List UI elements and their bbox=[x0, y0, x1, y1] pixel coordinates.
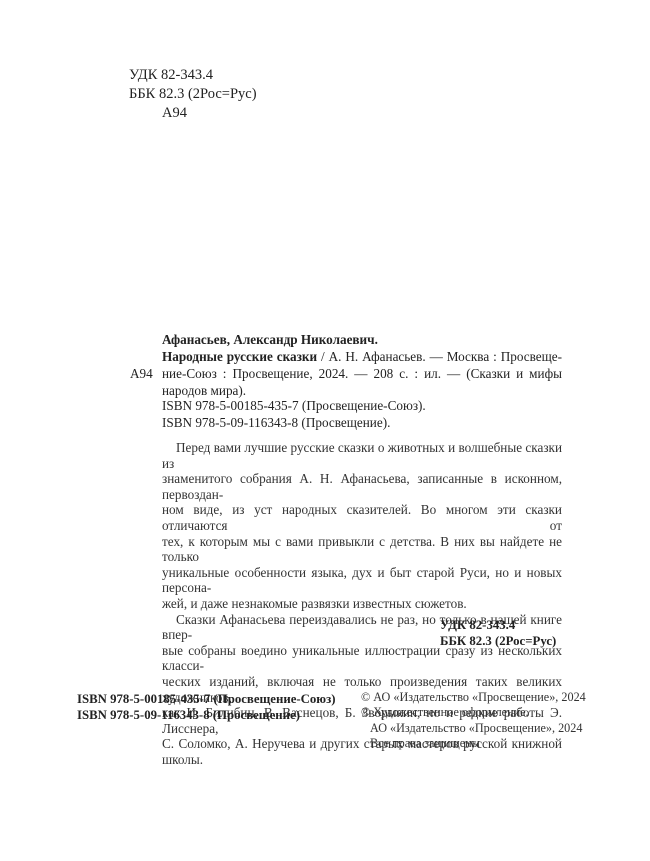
catalog-isbn-list: ISBN 978-5-00185-435-7 (Просвещение-Союз… bbox=[162, 397, 426, 431]
annotation-line: Перед вами лучшие русские сказки о живот… bbox=[162, 440, 562, 471]
copyright-block: © АО «Издательство «Просвещение», 2024 ©… bbox=[361, 690, 586, 751]
annotation-line: жей, и даже незнакомые развязки известны… bbox=[162, 596, 562, 612]
copyright-line-4: Все права защищены bbox=[361, 736, 586, 751]
annotation-paragraph-1: Перед вами лучшие русские сказки о живот… bbox=[162, 440, 562, 612]
bottom-isbn-block: ISBN 978-5-00185-435-7 (Просвещение-Союз… bbox=[77, 691, 336, 723]
catalog-desc-1: / А. Н. Афанасьев. — Москва : Просвеще- bbox=[317, 349, 562, 364]
catalog-author: Афанасьев, Александр Николаевич. bbox=[162, 331, 562, 348]
copyright-line-3: АО «Издательство «Просвещение», 2024 bbox=[361, 721, 586, 736]
catalog-card: Афанасьев, Александр Николаевич. Народны… bbox=[162, 331, 562, 399]
copyright-line-2: © Художественное оформление. bbox=[361, 705, 586, 720]
annotation-line: знаменитого собрания А. Н. Афанасьева, з… bbox=[162, 471, 562, 502]
top-classification-block: УДК 82-343.4 ББК 82.3 (2Рос=Рус) А94 bbox=[129, 66, 257, 123]
right-udk-code: УДК 82-343.4 bbox=[440, 618, 556, 634]
catalog-author-sign: А94 bbox=[130, 365, 153, 382]
author-sign: А94 bbox=[129, 104, 257, 123]
right-classification-block: УДК 82-343.4 ББК 82.3 (2Рос=Рус) bbox=[440, 618, 556, 649]
catalog-desc-2: ние-Союз : Просвещение, 2024. — 208 с. :… bbox=[162, 365, 562, 382]
catalog-isbn-1: ISBN 978-5-00185-435-7 (Просвещение-Союз… bbox=[162, 397, 426, 414]
udk-code: УДК 82-343.4 bbox=[129, 66, 257, 85]
right-bbk-code: ББК 82.3 (2Рос=Рус) bbox=[440, 634, 556, 650]
bottom-isbn-1: ISBN 978-5-00185-435-7 (Просвещение-Союз… bbox=[77, 691, 336, 707]
copyright-line-1: © АО «Издательство «Просвещение», 2024 bbox=[361, 690, 586, 705]
bbk-code: ББК 82.3 (2Рос=Рус) bbox=[129, 85, 257, 104]
bottom-isbn-2: ISBN 978-5-09-116343-8 (Просвещение) bbox=[77, 707, 336, 723]
annotation-line: уникальные особенности языка, дух и быт … bbox=[162, 565, 562, 596]
annotation-line: ном виде, из уст народных сказителей. Во… bbox=[162, 502, 562, 533]
catalog-title: Народные русские сказки bbox=[162, 349, 317, 364]
annotation-line: тех, к которым мы с вами привыкли с детс… bbox=[162, 534, 562, 565]
catalog-title-line: Народные русские сказки / А. Н. Афанасье… bbox=[162, 348, 562, 365]
catalog-isbn-2: ISBN 978-5-09-116343-8 (Просвещение). bbox=[162, 414, 426, 431]
